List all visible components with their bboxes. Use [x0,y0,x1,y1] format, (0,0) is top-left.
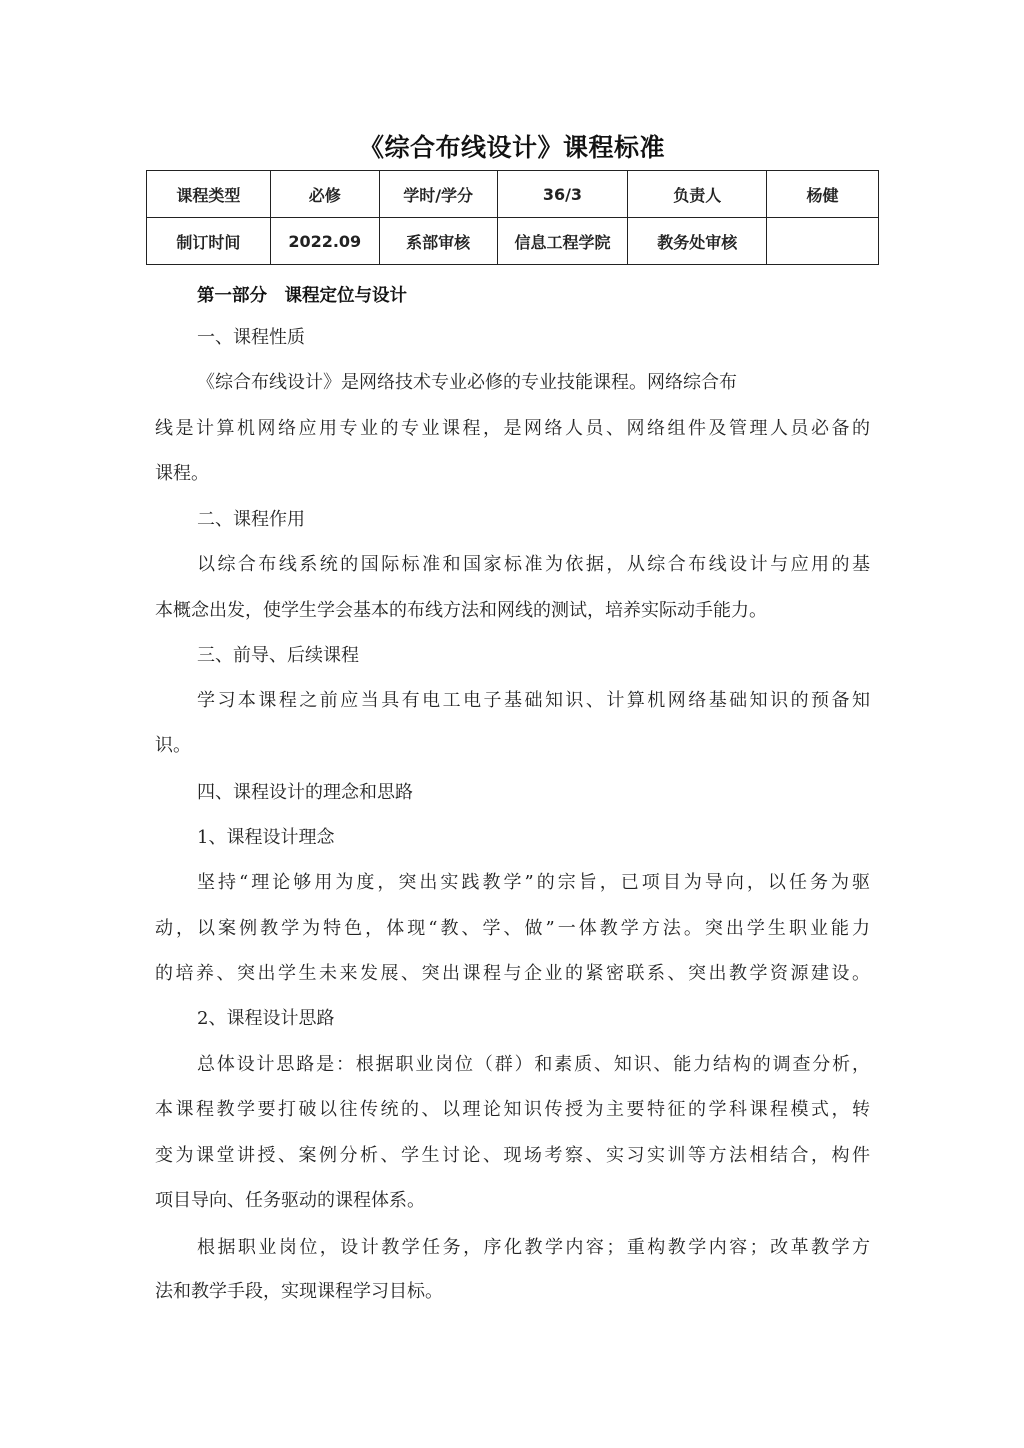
paragraph-line: 线是计算机网络应用专业的专业课程，是网络人员、网络组件及管理人员必备的 [155,417,870,441]
paragraph-line: 坚持“理论够用为度，突出实践教学”的宗旨，已项目为导向，以任务为驱 [197,871,870,895]
part-heading: 第一部分 课程定位与设计 [197,284,407,308]
paragraph-line: 以综合布线系统的国际标准和国家标准为依据，从综合布线设计与应用的基 [197,553,870,577]
table-cell-label: 课程类型 [147,171,271,218]
paragraph-line: 《综合布线设计》是网络技术专业必修的专业技能课程。网络综合布 [197,371,737,395]
paragraph-line: 本课程教学要打破以往传统的、以理论知识传授为主要特征的学科课程模式，转 [155,1098,870,1122]
paragraph-line: 的培养、突出学生未来发展、突出课程与企业的紧密联系、突出教学资源建设。 [155,962,870,986]
table-cell-label: 教务处审核 [628,218,767,265]
section-heading: 四、课程设计的理念和思路 [197,781,413,805]
table-cell-value: 必修 [270,171,379,218]
paragraph-line: 识。 [155,734,191,758]
course-info-table: 课程类型 必修 学时/学分 36/3 负责人 杨健 制订时间 2022.09 系… [146,170,879,265]
paragraph-line: 总体设计思路是：根据职业岗位（群）和素质、知识、能力结构的调查分析， [197,1053,870,1077]
section-heading: 一、课程性质 [197,326,305,350]
paragraph-line: 变为课堂讲授、案例分析、学生讨论、现场考察、实习实训等方法相结合，构件 [155,1144,870,1168]
document-title: 《综合布线设计》课程标准 [0,128,1024,164]
paragraph-line: 本概念出发，使学生学会基本的布线方法和网线的测试，培养实际动手能力。 [155,599,767,623]
table-cell-value [767,218,879,265]
table-cell-value: 杨健 [767,171,879,218]
section-heading: 二、课程作用 [197,508,305,532]
paragraph-line: 课程。 [155,462,209,486]
table-row: 制订时间 2022.09 系部审核 信息工程学院 教务处审核 [147,218,879,265]
subsection-heading: 2、课程设计思路 [197,1007,334,1031]
table-cell-value: 信息工程学院 [497,218,628,265]
table-cell-value: 2022.09 [270,218,379,265]
table-cell-label: 负责人 [628,171,767,218]
paragraph-line: 法和教学手段，实现课程学习目标。 [155,1280,443,1304]
table-cell-label: 制订时间 [147,218,271,265]
subsection-heading: 1、课程设计理念 [197,826,334,850]
paragraph-line: 动，以案例教学为特色，体现“教、学、做”一体教学方法。突出学生职业能力 [155,917,870,941]
table-cell-label: 系部审核 [379,218,497,265]
table-row: 课程类型 必修 学时/学分 36/3 负责人 杨健 [147,171,879,218]
section-heading: 三、前导、后续课程 [197,644,359,668]
table-cell-value: 36/3 [497,171,628,218]
paragraph-line: 学习本课程之前应当具有电工电子基础知识、计算机网络基础知识的预备知 [197,689,870,713]
paragraph-line: 根据职业岗位，设计教学任务，序化教学内容；重构教学内容；改革教学方 [197,1236,870,1260]
paragraph-line: 项目导向、任务驱动的课程体系。 [155,1189,425,1213]
table-cell-label: 学时/学分 [379,171,497,218]
